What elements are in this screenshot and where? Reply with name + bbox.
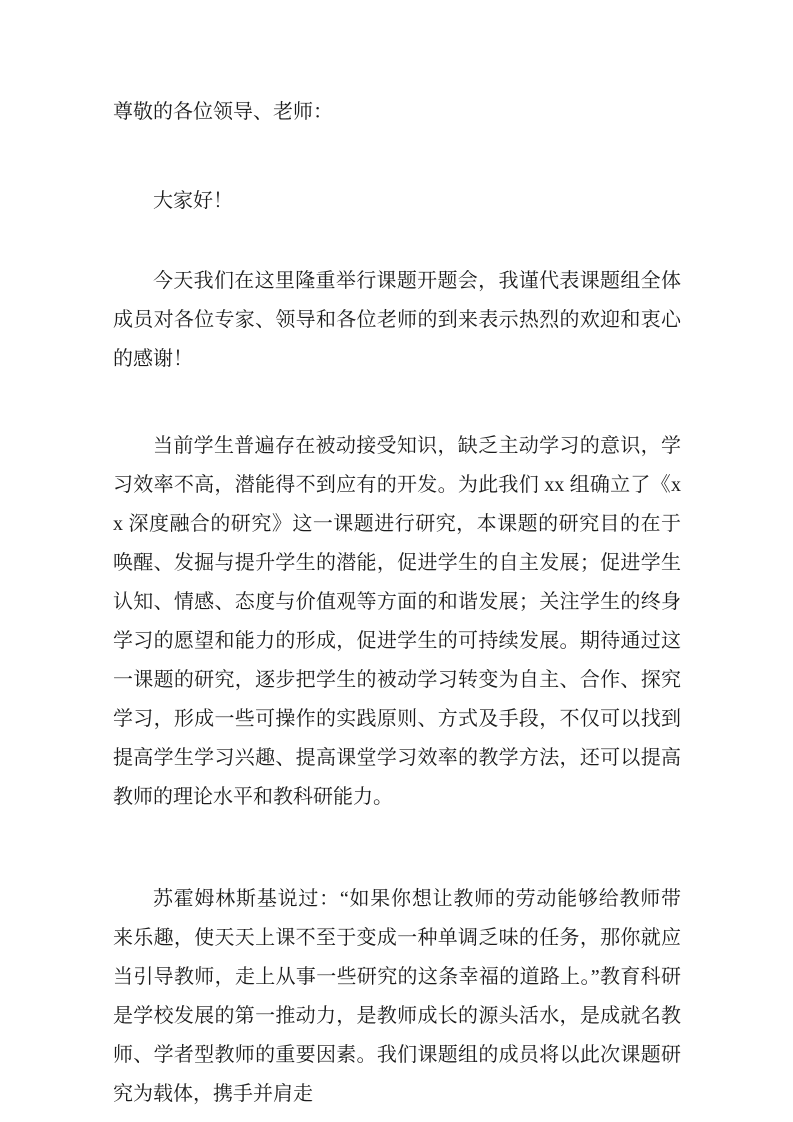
paragraph-salutation: 尊敬的各位领导、老师：: [113, 93, 681, 132]
paragraph-topic-introduction: 当前学生普遍存在被动接受知识，缺乏主动学习的意识，学习效率不高，潜能得不到应有的…: [113, 427, 681, 817]
document-page: 尊敬的各位领导、老师： 大家好！ 今天我们在这里隆重举行课题开题会，我谨代表课题…: [0, 0, 793, 1122]
document-body: 尊敬的各位领导、老师： 大家好！ 今天我们在这里隆重举行课题开题会，我谨代表课题…: [0, 0, 793, 1114]
paragraph-greeting: 大家好！: [113, 182, 681, 221]
paragraph-quote-and-significance: 苏霍姆林斯基说过：“如果你想让教师的劳动能够给教师带来乐趣，使天天上课不至于变成…: [113, 880, 681, 1114]
paragraph-welcome: 今天我们在这里隆重举行课题开题会，我谨代表课题组全体成员对各位专家、领导和各位老…: [113, 262, 681, 379]
